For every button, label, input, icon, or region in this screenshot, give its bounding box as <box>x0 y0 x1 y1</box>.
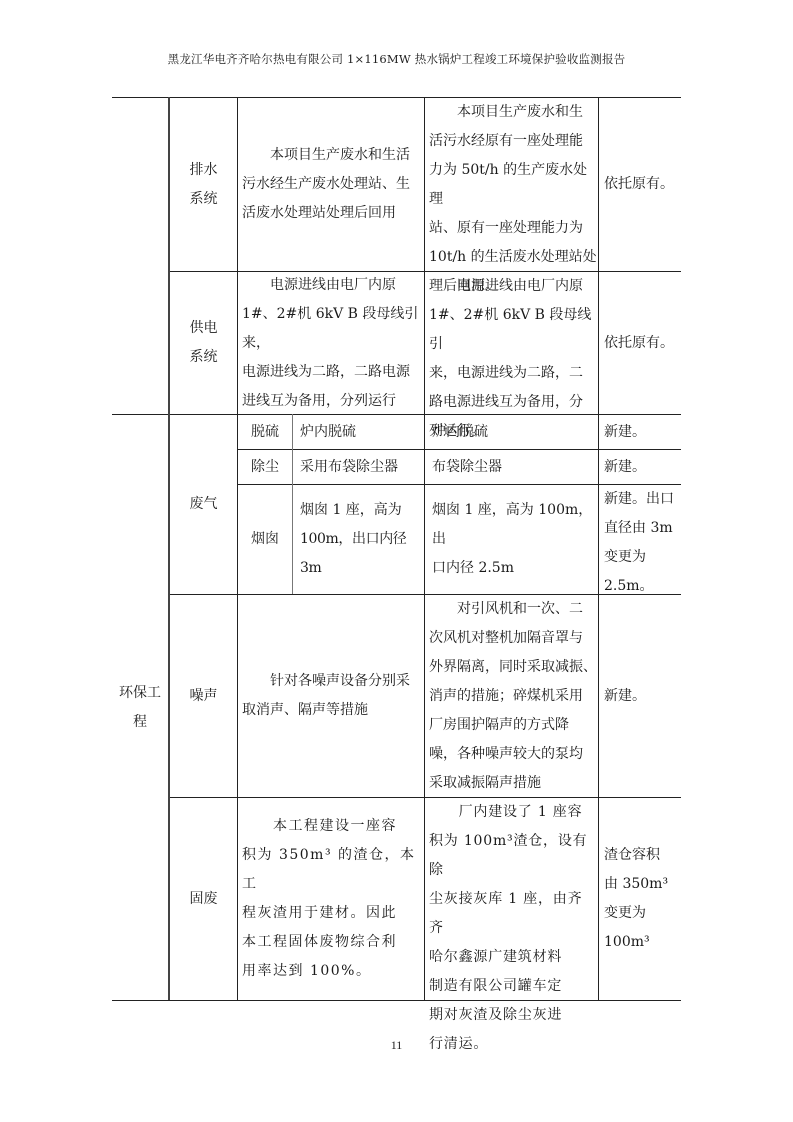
text-line: 烟囱 1 座，高为 <box>300 496 424 525</box>
desulfurization-change: 新建。 <box>604 415 681 449</box>
text-line: 外界隔离，同时采取减振、 <box>429 653 597 682</box>
chimney-actual: 烟囱 1 座，高为 100m，出 口内径 2.5m <box>432 485 598 594</box>
desulfurization-design: 炉内脱硫 <box>300 415 424 449</box>
text-line: 100m，出口内径 3m <box>300 525 424 583</box>
sub-desulfurization: 脱硫 <box>238 415 292 449</box>
item-power-system: 供电 系统 <box>170 272 237 414</box>
solid-waste-design: 本工程建设一座容 积为 350m³ 的渣仓，本工 程灰渣用于建材。因此 本工程固… <box>242 798 424 1000</box>
text-line: 次风机对整机加隔音罩与 <box>429 624 597 653</box>
col-divider <box>424 97 425 1000</box>
text-line: 布袋除尘器 <box>432 453 502 482</box>
text-line: 变更为 <box>604 543 681 572</box>
sub-label: 除尘 <box>251 453 279 482</box>
text-line: 对引风机和一次、二 <box>429 595 597 624</box>
change-note: 新建。 <box>604 418 646 447</box>
text-line: 消声的措施；碎煤机采用 <box>429 682 597 711</box>
sub-label: 烟囱 <box>251 525 279 554</box>
desulfurization-actual: 炉内脱硫 <box>432 415 598 449</box>
category-env-protection: 环保工 程 <box>112 415 168 1000</box>
text-line: 本项目生产废水和生 <box>429 98 597 127</box>
chimney-change: 新建。出口 直径由 3m 变更为 2.5m。 <box>604 485 681 594</box>
text-line: 由 350m³ <box>604 870 668 899</box>
page-number: 11 <box>0 1038 793 1053</box>
text-line: 烟囱 1 座，高为 100m，出 <box>432 496 598 554</box>
dust-removal-actual: 布袋除尘器 <box>432 450 598 484</box>
text-line: 厂内建设了 1 座容 <box>429 798 597 827</box>
item-label: 供电 <box>190 314 218 343</box>
text-line: 进线互为备用，分列运行 <box>242 387 424 416</box>
dust-removal-change: 新建。 <box>604 450 681 484</box>
power-design: 电源进线由电厂内原 1#、2#机 6kV B 段母线引来， 电源进线为二路，二路… <box>242 272 424 414</box>
sub-label: 脱硫 <box>251 418 279 447</box>
sub-chimney: 烟囱 <box>238 485 292 594</box>
text-line: 积为 100m³渣仓，设有除 <box>429 827 597 885</box>
chimney-design: 烟囱 1 座，高为 100m，出口内径 3m <box>300 485 424 594</box>
col-divider <box>598 97 599 1000</box>
text-line: 本工程建设一座容 <box>242 812 424 841</box>
text-line: 电源进线为二路，二路电源 <box>242 358 424 387</box>
power-change: 依托原有。 <box>604 272 681 414</box>
category-label: 程 <box>133 708 147 737</box>
text-line: 污水经生产废水处理站、生 <box>242 170 410 199</box>
text-line: 新建。出口 <box>604 485 681 514</box>
text-line: 炉内脱硫 <box>432 418 488 447</box>
solid-waste-change: 渣仓容积 由 350m³ 变更为 100m³ <box>604 798 681 1000</box>
power-actual: 电源进线由电厂内原 1#、2#机 6kV B 段母线引 来，电源进线为二路，二 … <box>429 272 597 414</box>
text-line: 制造有限公司罐车定 <box>429 972 597 1001</box>
text-line: 电源进线由电厂内原 <box>242 271 424 300</box>
item-label: 噪声 <box>190 682 218 711</box>
text-line: 哈尔鑫源广建筑材料 <box>429 943 597 972</box>
text-line: 站、原有一座处理能力为 <box>429 214 597 243</box>
text-line: 100m³ <box>604 928 668 957</box>
item-label: 废气 <box>190 490 218 519</box>
text-line: 活污水经原有一座处理能 <box>429 127 597 156</box>
text-line: 活废水处理站处理后回用 <box>242 199 410 228</box>
change-note: 新建。 <box>604 682 646 711</box>
text-line: 用率达到 100%。 <box>242 957 424 986</box>
text-line: 10t/h 的生活废水处理站处 <box>429 243 597 272</box>
text-line: 噪，各种噪声较大的泵均 <box>429 740 597 769</box>
drainage-design: 本项目生产废水和生活 污水经生产废水处理站、生 活废水处理站处理后回用 <box>242 98 422 271</box>
item-label: 固废 <box>190 885 218 914</box>
change-note: 新建。 <box>604 453 646 482</box>
text-line: 针对各噪声设备分别采 <box>242 667 410 696</box>
solid-waste-actual: 厂内建设了 1 座容 积为 100m³渣仓，设有除 尘灰接灰库 1 座，由齐齐 … <box>429 798 597 1000</box>
text-line: 积为 350m³ 的渣仓，本工 <box>242 841 424 899</box>
text-line: 本项目生产废水和生活 <box>242 141 410 170</box>
text-line: 采取减振隔声措施 <box>429 769 597 798</box>
text-line: 尘灰接灰库 1 座，由齐齐 <box>429 885 597 943</box>
text-line: 本工程固体废物综合利 <box>242 928 424 957</box>
text-line: 路电源进线互为备用，分 <box>429 388 597 417</box>
text-line: 厂房围护隔声的方式降 <box>429 711 597 740</box>
category-label: 环保工 <box>119 679 161 708</box>
item-label: 系统 <box>190 343 218 372</box>
col-divider <box>292 414 293 594</box>
item-drainage-system: 排水 系统 <box>170 98 237 271</box>
item-label: 系统 <box>190 185 218 214</box>
drainage-change: 依托原有。 <box>604 98 681 271</box>
text-line: 1#、2#机 6kV B 段母线引来， <box>242 300 424 358</box>
dust-removal-design: 采用布袋除尘器 <box>300 450 424 484</box>
change-note: 依托原有。 <box>604 329 674 358</box>
noise-change: 新建。 <box>604 595 681 797</box>
item-solid-waste: 固废 <box>170 798 237 1000</box>
noise-design: 针对各噪声设备分别采 取消声、隔声等措施 <box>242 595 424 797</box>
drainage-actual: 本项目生产废水和生 活污水经原有一座处理能 力为 50t/h 的生产废水处理 站… <box>429 98 597 271</box>
noise-actual: 对引风机和一次、二 次风机对整机加隔音罩与 外界隔离，同时采取减振、 消声的措施… <box>429 595 597 797</box>
text-line: 采用布袋除尘器 <box>300 453 398 482</box>
text-line: 力为 50t/h 的生产废水处理 <box>429 156 597 214</box>
sub-dust-removal: 除尘 <box>238 450 292 484</box>
change-note: 依托原有。 <box>604 170 674 199</box>
text-line: 炉内脱硫 <box>300 418 356 447</box>
project-comparison-table: 排水 系统 本项目生产废水和生活 污水经生产废水处理站、生 活废水处理站处理后回… <box>0 0 793 1122</box>
text-line: 程灰渣用于建材。因此 <box>242 899 424 928</box>
text-line: 电源进线由电厂内原 <box>429 272 597 301</box>
text-line: 期对灰渣及除尘灰进 <box>429 1001 597 1030</box>
text-line: 渣仓容积 <box>604 841 668 870</box>
text-line: 直径由 3m <box>604 514 681 543</box>
text-line: 来，电源进线为二路，二 <box>429 359 597 388</box>
item-noise: 噪声 <box>170 595 237 797</box>
text-line: 口内径 2.5m <box>432 554 598 583</box>
text-line: 1#、2#机 6kV B 段母线引 <box>429 301 597 359</box>
text-line: 取消声、隔声等措施 <box>242 696 410 725</box>
text-line: 变更为 <box>604 899 668 928</box>
item-waste-gas: 废气 <box>170 415 237 594</box>
item-label: 排水 <box>190 156 218 185</box>
